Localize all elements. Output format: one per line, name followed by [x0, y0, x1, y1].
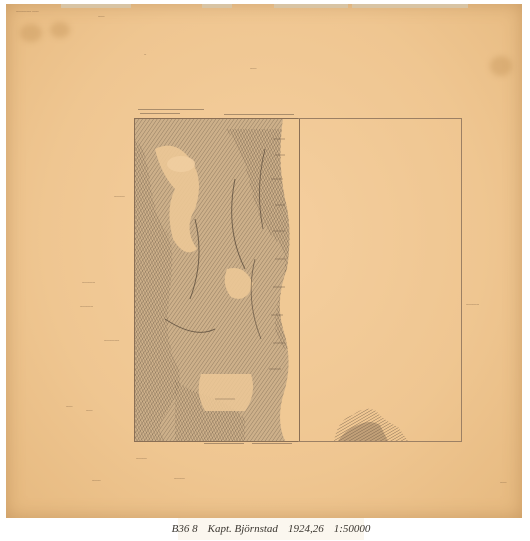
peninsula-relief	[298, 119, 461, 441]
handwritten-note: ~~~~~	[114, 194, 125, 199]
handwritten-note: ~~~	[86, 408, 93, 413]
handwritten-note: ~~~~~	[136, 456, 147, 461]
handwritten-note: ~~~	[66, 404, 73, 409]
sheet-id: B36 8	[172, 523, 198, 535]
handwritten-note: ~~~~~~	[82, 280, 95, 285]
sheet-label: B36 8 Kapt. Björnstad 1924,26 1:50000	[178, 518, 364, 540]
paper-stain	[490, 56, 512, 76]
sheet-footer-annotations	[134, 441, 461, 449]
handwritten-note: ~~~	[98, 14, 105, 19]
handwritten-note: ~~~~~~~	[104, 338, 119, 343]
sheet-header-annotations	[134, 107, 298, 117]
handwritten-note: ~~~	[500, 480, 507, 485]
map-scale: 1:50000	[334, 523, 371, 535]
survey-years: 1924,26	[288, 523, 324, 535]
handwritten-note: ~~~~~~	[466, 302, 479, 307]
handwritten-note: ~	[144, 52, 146, 57]
paper-edge-tab	[61, 4, 131, 8]
surveyor-name: Kapt. Björnstad	[208, 523, 278, 535]
surveyed-map-area	[134, 118, 300, 442]
paper-stain	[50, 22, 70, 38]
paper-edge-tab	[274, 4, 348, 8]
paper-stain	[20, 24, 42, 42]
handwritten-note: ~~~	[250, 66, 257, 71]
handwritten-note: ~~~~~~	[80, 304, 93, 309]
unsurveyed-map-area	[298, 118, 462, 442]
topographic-relief	[135, 119, 299, 441]
handwritten-note: ~~~~~~~ ~~~	[16, 9, 39, 14]
paper-edge-tab	[352, 4, 468, 8]
handwritten-note: ~~~~	[92, 478, 101, 483]
handwritten-note: ~~~~~	[174, 476, 185, 481]
paper-edge-tab	[202, 4, 232, 8]
